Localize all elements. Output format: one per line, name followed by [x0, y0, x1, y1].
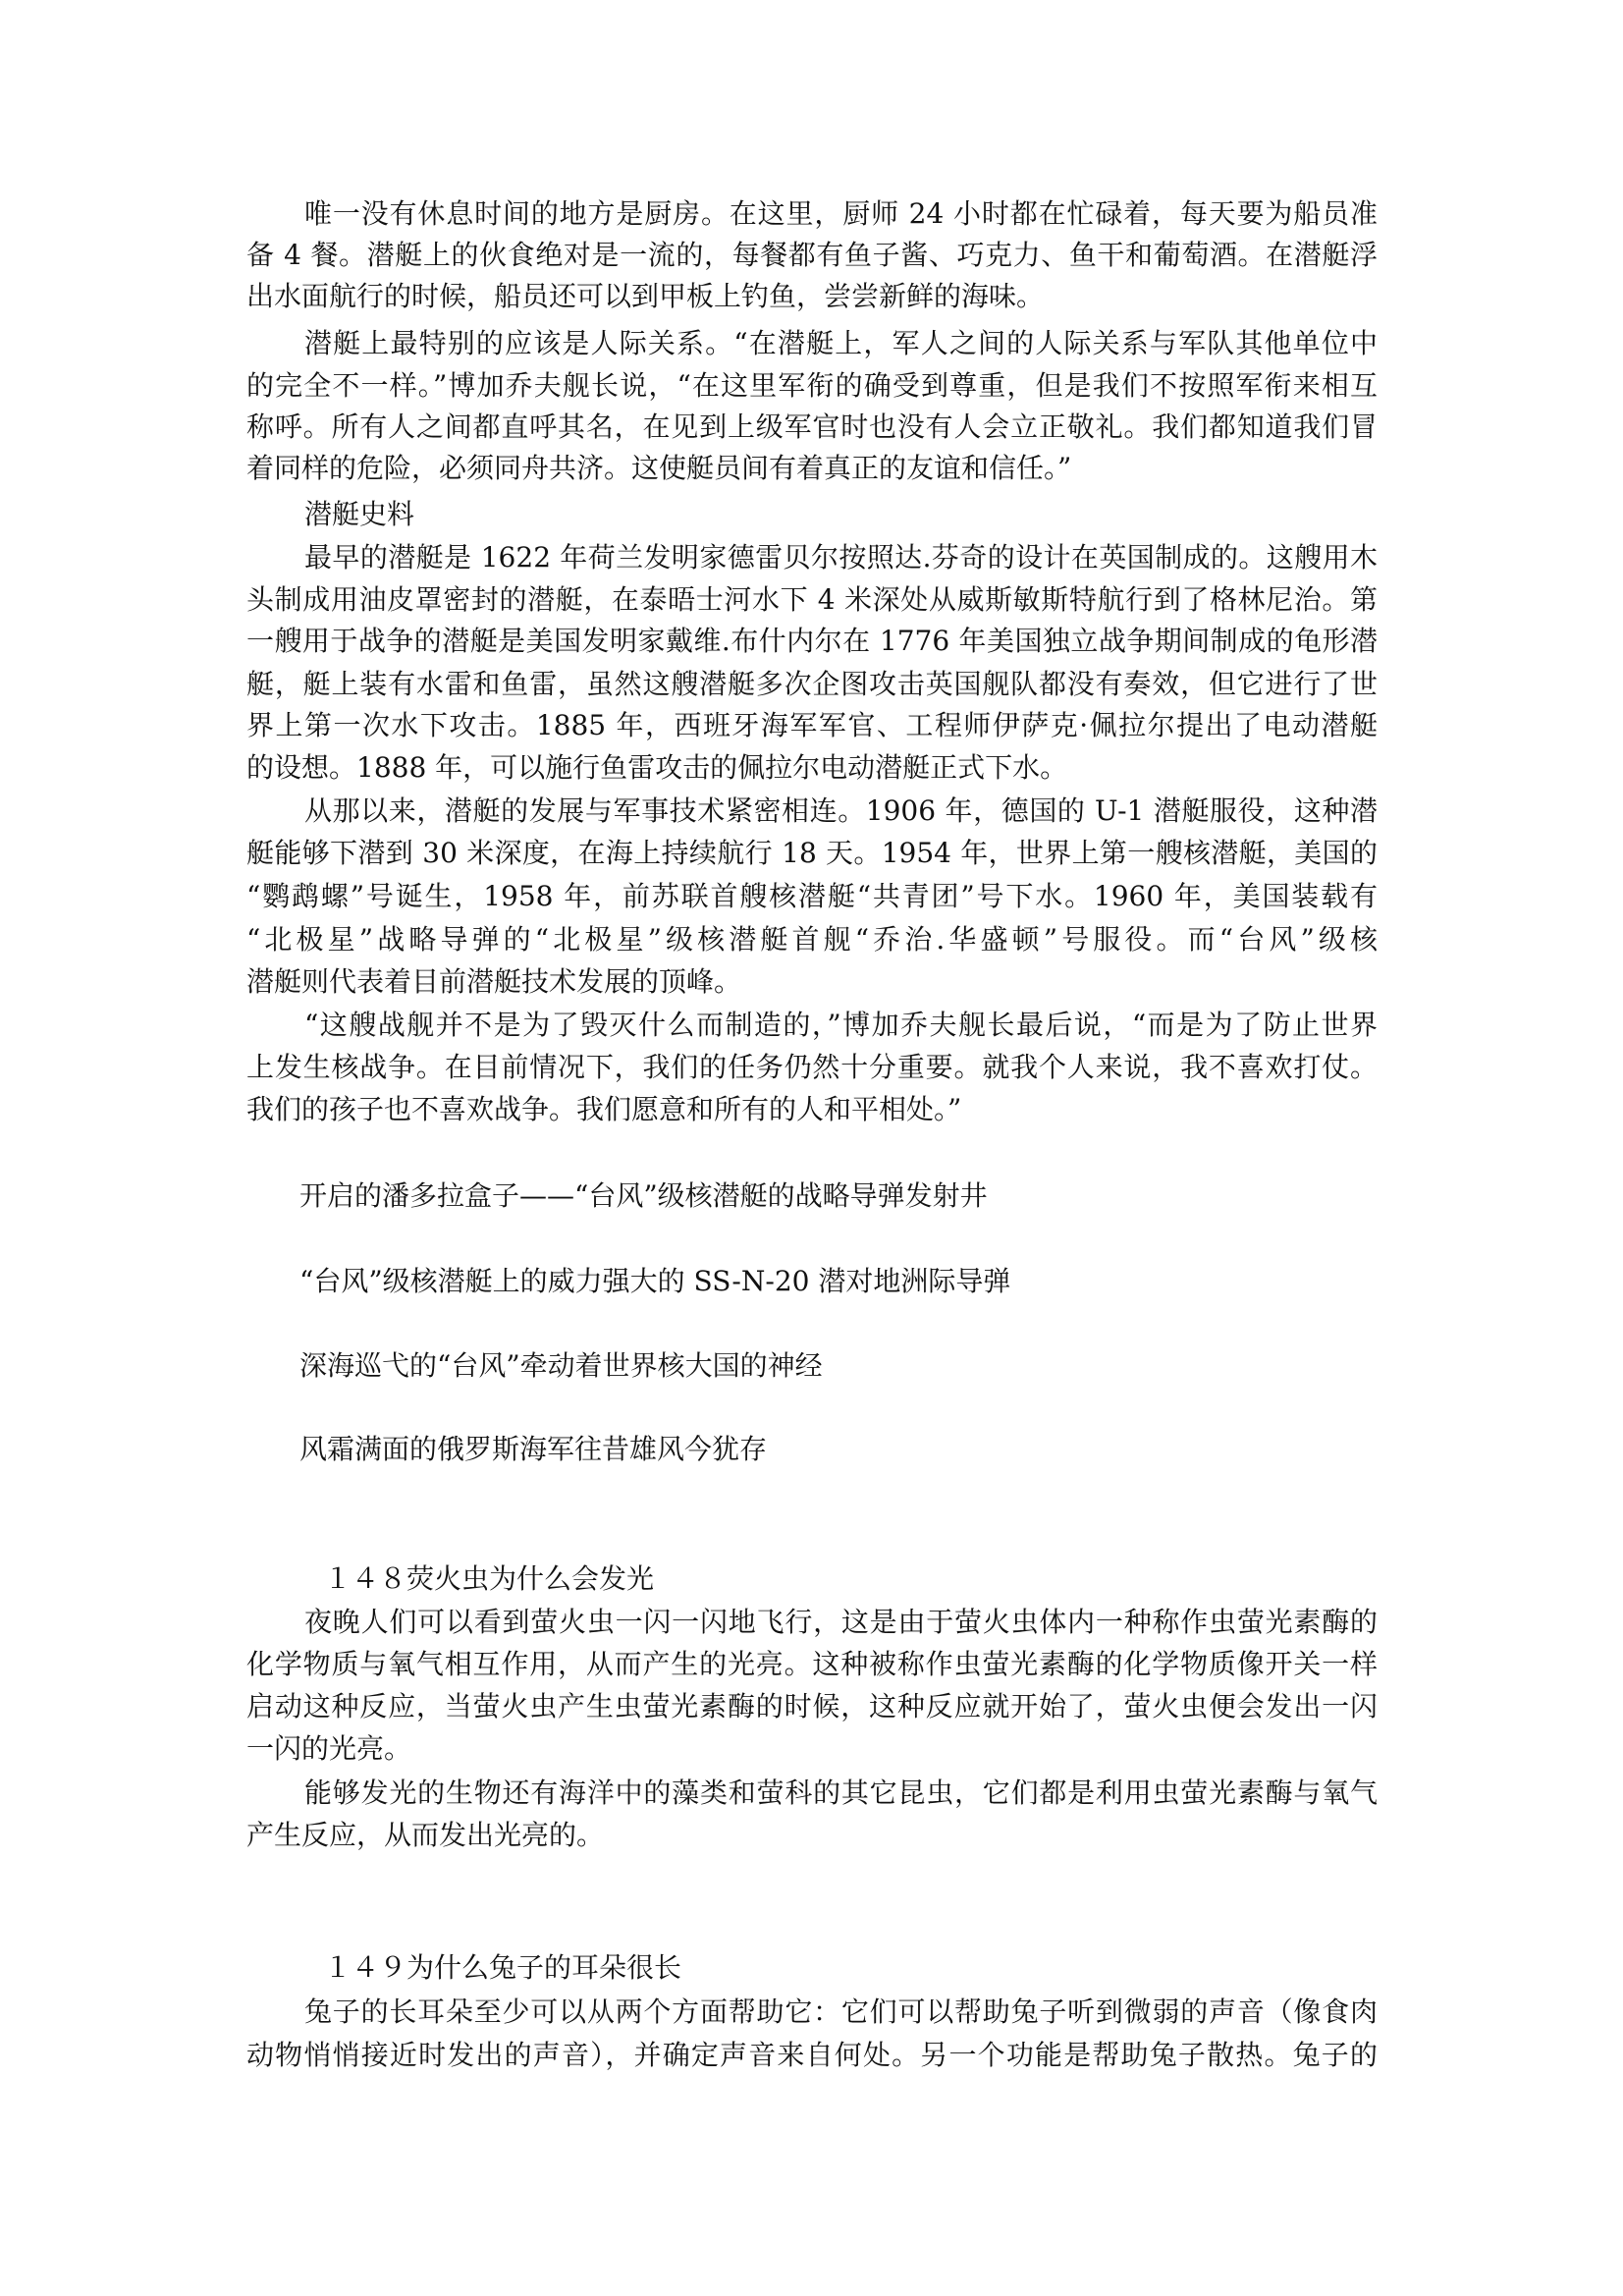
paragraph-line: 艇，艇上装有水雷和鱼雷，虽然这艘潜艇多次企图攻击英国舰队都没有奏效，但它进行了世 — [246, 665, 1378, 704]
paragraph-line: 最早的潜艇是 1622 年荷兰发明家德雷贝尔按照达.芬奇的设计在英国制成的。这艘… — [304, 538, 1378, 577]
image-caption: “台风”级核潜艇上的威力强大的 SS-N-20 潜对地洲际导弹 — [299, 1262, 1010, 1301]
paragraph-line: 启动这种反应，当萤火虫产生虫萤光素酶的时候，这种反应就开始了，萤火虫便会发出一闪 — [246, 1687, 1378, 1726]
section-subheading: 潜艇史料 — [304, 495, 1378, 534]
paragraph-line: “这艘战舰并不是为了毁灭什么而制造的，”博加乔夫舰长最后说，“而是为了防止世界 — [304, 1006, 1378, 1045]
paragraph-line: 头制成用油皮罩密封的潜艇，在泰晤士河水下 4 米深处从威斯敏斯特航行到了格林尼治… — [246, 580, 1378, 620]
image-caption: 开启的潘多拉盒子——“台风”级核潜艇的战略导弹发射井 — [299, 1176, 988, 1216]
paragraph-line: 界上第一次水下攻击。1885 年，西班牙海军军官、工程师伊萨克·佩拉尔提出了电动… — [246, 706, 1378, 745]
paragraph-line: “鹦鹉螺”号诞生，1958 年，前苏联首艘核潜艇“共青团”号下水。1960 年，… — [246, 877, 1378, 916]
paragraph-line: 一闪的光亮。 — [246, 1729, 1378, 1769]
paragraph-line: 称呼。所有人之间都直呼其名，在见到上级军官时也没有人会立正敬礼。我们都知道我们冒 — [246, 408, 1378, 447]
paragraph-line: 潜艇上最特别的应该是人际关系。“在潜艇上，军人之间的人际关系与军队其他单位中 — [304, 324, 1378, 363]
paragraph-line: 潜艇则代表着目前潜艇技术发展的顶峰。 — [246, 962, 1378, 1002]
paragraph-line: 能够发光的生物还有海洋中的藻类和萤科的其它昆虫，它们都是利用虫萤光素酶与氧气 — [304, 1774, 1378, 1813]
paragraph-line: 唯一没有休息时间的地方是厨房。在这里，厨师 24 小时都在忙碌着，每天要为船员准 — [304, 194, 1378, 234]
paragraph-line: 艇能够下潜到 30 米深度，在海上持续航行 18 天。1954 年，世界上第一艘… — [246, 834, 1378, 873]
section-heading: １４９为什么兔子的耳朵很长 — [324, 1948, 681, 1988]
paragraph-line: 产生反应，从而发出光亮的。 — [246, 1816, 1378, 1855]
paragraph-line: 着同样的危险，必须同舟共济。这使艇员间有着真正的友谊和信任。” — [246, 449, 1378, 488]
paragraph-line: 夜晚人们可以看到萤火虫一闪一闪地飞行，这是由于萤火虫体内一种称作虫萤光素酶的 — [304, 1603, 1378, 1642]
section-heading: １４８荧火虫为什么会发光 — [324, 1559, 654, 1599]
image-caption: 风霜满面的俄罗斯海军往昔雄风今犹存 — [299, 1430, 767, 1469]
paragraph-line: 的设想。1888 年，可以施行鱼雷攻击的佩拉尔电动潜艇正式下水。 — [246, 748, 1378, 788]
image-caption: 深海巡弋的“台风”牵动着世界核大国的神经 — [299, 1346, 823, 1386]
paragraph-line: 我们的孩子也不喜欢战争。我们愿意和所有的人和平相处。” — [246, 1090, 1378, 1129]
document-page: 唯一没有休息时间的地方是厨房。在这里，厨师 24 小时都在忙碌着，每天要为船员准… — [0, 0, 1623, 2296]
paragraph-line: “北极星”战略导弹的“北极星”级核潜艇首舰“乔治.华盛顿”号服役。而“台风”级核 — [246, 920, 1378, 959]
paragraph-line: 一艘用于战争的潜艇是美国发明家戴维.布什内尔在 1776 年美国独立战争期间制成… — [246, 622, 1378, 661]
paragraph-line: 兔子的长耳朵至少可以从两个方面帮助它：它们可以帮助兔子听到微弱的声音（像食肉 — [304, 1993, 1378, 2032]
paragraph-line: 动物悄悄接近时发出的声音），并确定声音来自何处。另一个功能是帮助兔子散热。兔子的 — [246, 2036, 1378, 2075]
paragraph-line: 化学物质与氧气相互作用，从而产生的光亮。这种被称作虫萤光素酶的化学物质像开关一样 — [246, 1645, 1378, 1684]
paragraph-line: 上发生核战争。在目前情况下，我们的任务仍然十分重要。就我个人来说，我不喜欢打仗。 — [246, 1048, 1378, 1087]
paragraph-line: 出水面航行的时候，船员还可以到甲板上钓鱼，尝尝新鲜的海味。 — [246, 277, 1378, 316]
paragraph-line: 备 4 餐。潜艇上的伙食绝对是一流的，每餐都有鱼子酱、巧克力、鱼干和葡萄酒。在潜… — [246, 236, 1378, 275]
paragraph-line: 的完全不一样。”博加乔夫舰长说，“在这里军衔的确受到尊重，但是我们不按照军衔来相… — [246, 366, 1378, 406]
paragraph-line: 从那以来，潜艇的发展与军事技术紧密相连。1906 年，德国的 U-1 潜艇服役，… — [304, 792, 1378, 831]
